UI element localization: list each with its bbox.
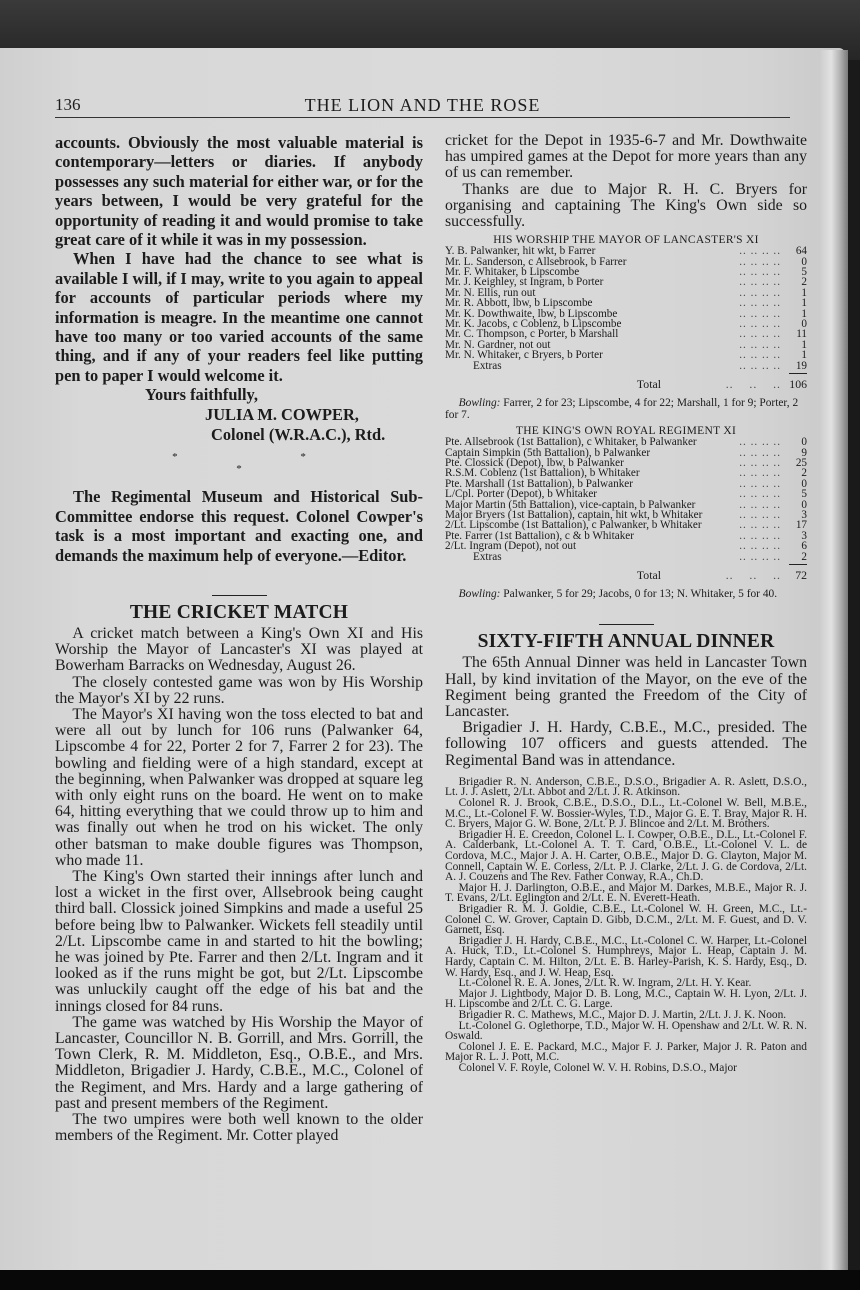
letter-paragraph: accounts. Obviously the most valuable ma…	[55, 133, 423, 249]
guest-list-entry: Major J. Lightbody, Major D. B. Long, M.…	[445, 989, 807, 1010]
leader-dots: .. .. .. ..	[718, 319, 781, 329]
total-label: Total	[445, 568, 701, 583]
leader-dots: .. .. .. ..	[734, 437, 781, 447]
letter-paragraph: When I have had the chance to see what i…	[55, 249, 423, 385]
guest-list-entry: Colonel V. F. Royle, Colonel W. V. H. Ro…	[445, 1063, 807, 1074]
runs: 0	[781, 437, 807, 447]
signatory-rank: Colonel (W.R.A.C.), Rtd.	[55, 425, 423, 445]
guest-list-entry: Brigadier R. C. Mathews, M.C., Major D. …	[445, 1010, 807, 1021]
article-paragraph: Brigadier J. H. Hardy, C.B.E., M.C., pre…	[445, 720, 807, 769]
guest-list-entry: Major H. J. Darlington, O.B.E., and Majo…	[445, 883, 807, 904]
bowling-figures: Bowling: Farrer, 2 for 23; Lipscombe, 4 …	[445, 398, 807, 421]
extras-value: 2	[781, 552, 807, 562]
leader-dots: .. .. .. ..	[734, 520, 781, 530]
total-row: Total .. .. .. 106	[445, 377, 807, 392]
leader-dots: .. .. .. ..	[734, 489, 781, 499]
journal-title: THE LION AND THE ROSE	[55, 95, 790, 116]
article-paragraph: cricket for the Depot in 1935-6-7 and Mr…	[445, 133, 807, 182]
section-separator: * * *	[55, 451, 423, 475]
leader-dots: .. .. .. ..	[718, 257, 781, 267]
guest-list: Brigadier R. N. Anderson, C.B.E., D.S.O.…	[445, 777, 807, 1074]
scorecard-mayor-xi: HIS WORSHIP THE MAYOR OF LANCASTER'S XI …	[445, 234, 807, 421]
article-paragraph: The closely contested game was won by Hi…	[55, 675, 423, 707]
page-gutter	[820, 50, 848, 1270]
total-rule	[789, 373, 807, 374]
article-paragraph: The King's Own started their innings aft…	[55, 869, 423, 1015]
article-paragraph: The 65th Annual Dinner was held in Lanca…	[445, 655, 807, 720]
cricket-article-title: THE CRICKET MATCH	[55, 602, 423, 624]
left-column: accounts. Obviously the most valuable ma…	[55, 133, 423, 1144]
dinner-article-title: SIXTY-FIFTH ANNUAL DINNER	[445, 631, 807, 653]
leader-dots: .. .. .. ..	[734, 531, 781, 541]
article-paragraph: Thanks are due to Major R. H. C. Bryers …	[445, 182, 807, 231]
leader-dots: .. .. .. ..	[718, 340, 781, 350]
bowling-label: Bowling:	[459, 397, 501, 409]
total-rule	[789, 564, 807, 565]
batsman-dismissal: 2/Lt. Ingram (Depot), not out	[445, 541, 734, 551]
extras-row: Extras.. .. .. ..2	[445, 552, 807, 562]
batting-row: Pte. Allsebrook (1st Battalion), c Whita…	[445, 437, 807, 447]
background-bottom	[0, 1270, 860, 1290]
batting-row: L/Cpl. Porter (Depot), b Whitaker.. .. .…	[445, 489, 807, 499]
letter-signature: Yours faithfully, JULIA M. COWPER, Colon…	[55, 385, 423, 445]
batting-table: Pte. Allsebrook (1st Battalion), c Whita…	[445, 437, 807, 562]
bowling-text: Palwanker, 5 for 29; Jacobs, 0 for 13; N…	[503, 588, 777, 600]
article-paragraph: The Mayor's XI having won the toss elect…	[55, 707, 423, 869]
runs: 5	[781, 489, 807, 499]
section-rule	[212, 595, 267, 596]
batting-rows: Pte. Allsebrook (1st Battalion), c Whita…	[445, 437, 807, 562]
batting-row: 2/Lt. Ingram (Depot), not out.. .. .. ..…	[445, 541, 807, 551]
extras-label: Extras	[445, 552, 734, 562]
leader-dots: .. .. .. ..	[718, 329, 781, 339]
total-label: Total	[445, 377, 701, 392]
total-row: Total .. .. .. 72	[445, 568, 807, 583]
article-paragraph: A cricket match between a King's Own XI …	[55, 626, 423, 675]
editor-note: The Regimental Museum and Historical Sub…	[55, 487, 423, 565]
article-paragraph: The two umpires were both well known to …	[55, 1112, 423, 1144]
runs: 6	[781, 541, 807, 551]
scorecard-kings-own-xi: THE KING'S OWN ROYAL REGIMENT XI Pte. Al…	[445, 425, 807, 600]
leader-dots: .. .. .. ..	[718, 350, 781, 360]
leader-dots: .. .. .. ..	[734, 541, 781, 551]
leader-dots: .. .. .. ..	[734, 468, 781, 478]
total-value: 72	[781, 568, 807, 583]
guest-list-entry: Colonel R. J. Brook, C.B.E., D.S.O., D.L…	[445, 798, 807, 830]
batting-rows: Y. B. Palwanker, hit wkt, b Farrer.. .. …	[445, 246, 807, 371]
leader-dots: .. .. .. ..	[718, 361, 781, 371]
leader-dots: .. .. .. ..	[734, 500, 781, 510]
batsman-dismissal: Pte. Allsebrook (1st Battalion), c Whita…	[445, 437, 734, 447]
letter-closing: Yours faithfully,	[55, 385, 423, 405]
bowling-figures: Bowling: Palwanker, 5 for 29; Jacobs, 0 …	[445, 589, 807, 601]
article-paragraph: The game was watched by His Worship the …	[55, 1015, 423, 1112]
leader-dots: .. .. .. ..	[734, 552, 781, 562]
editor-note-text: The Regimental Museum and Historical Sub…	[55, 487, 423, 565]
guest-list-entry: Brigadier J. H. Hardy, C.B.E., M.C., Lt.…	[445, 936, 807, 978]
leader-dots: .. .. .. ..	[734, 458, 781, 468]
section-rule	[599, 624, 654, 625]
leader-dots: .. .. .. ..	[718, 277, 781, 287]
leader-dots: .. .. .. ..	[718, 288, 781, 298]
guest-list-entry: Brigadier H. E. Creedon, Colonel L. I. C…	[445, 830, 807, 883]
leader-dots: .. .. .. ..	[718, 246, 781, 256]
batting-table: Y. B. Palwanker, hit wkt, b Farrer.. .. …	[445, 246, 807, 371]
leader-dots: .. .. .. ..	[734, 479, 781, 489]
leader-dots: .. .. .. ..	[718, 267, 781, 277]
leader-dots: .. .. .. ..	[734, 510, 781, 520]
leader-dots: .. .. ..	[701, 377, 781, 392]
right-column: cricket for the Depot in 1935-6-7 and Mr…	[445, 133, 807, 1074]
bowling-label: Bowling:	[459, 588, 501, 600]
signatory-name: JULIA M. COWPER,	[55, 405, 423, 425]
leader-dots: .. .. ..	[701, 568, 781, 583]
guest-list-entry: Brigadier R. N. Anderson, C.B.E., D.S.O.…	[445, 777, 807, 798]
cricket-article-body: A cricket match between a King's Own XI …	[55, 626, 423, 1145]
leader-dots: .. .. .. ..	[718, 298, 781, 308]
dinner-article-body: The 65th Annual Dinner was held in Lanca…	[445, 655, 807, 768]
letter-body: accounts. Obviously the most valuable ma…	[55, 133, 423, 385]
cricket-article-continued: cricket for the Depot in 1935-6-7 and Mr…	[445, 133, 807, 230]
running-head: 136 THE LION AND THE ROSE	[55, 95, 790, 118]
leader-dots: .. .. .. ..	[718, 309, 781, 319]
guest-list-entry: Lt.-Colonel G. Oglethorpe, T.D., Major W…	[445, 1021, 807, 1042]
total-value: 106	[781, 377, 807, 392]
extras-row: Extras.. .. .. ..19	[445, 361, 807, 371]
guest-list-entry: Colonel J. E. E. Packard, M.C., Major F.…	[445, 1042, 807, 1063]
batsman-dismissal: L/Cpl. Porter (Depot), b Whitaker	[445, 489, 734, 499]
leader-dots: .. .. .. ..	[734, 448, 781, 458]
guest-list-entry: Brigadier R. M. J. Goldie, C.B.E., Lt.-C…	[445, 904, 807, 936]
extras-label: Extras	[445, 361, 718, 371]
extras-value: 19	[781, 361, 807, 371]
